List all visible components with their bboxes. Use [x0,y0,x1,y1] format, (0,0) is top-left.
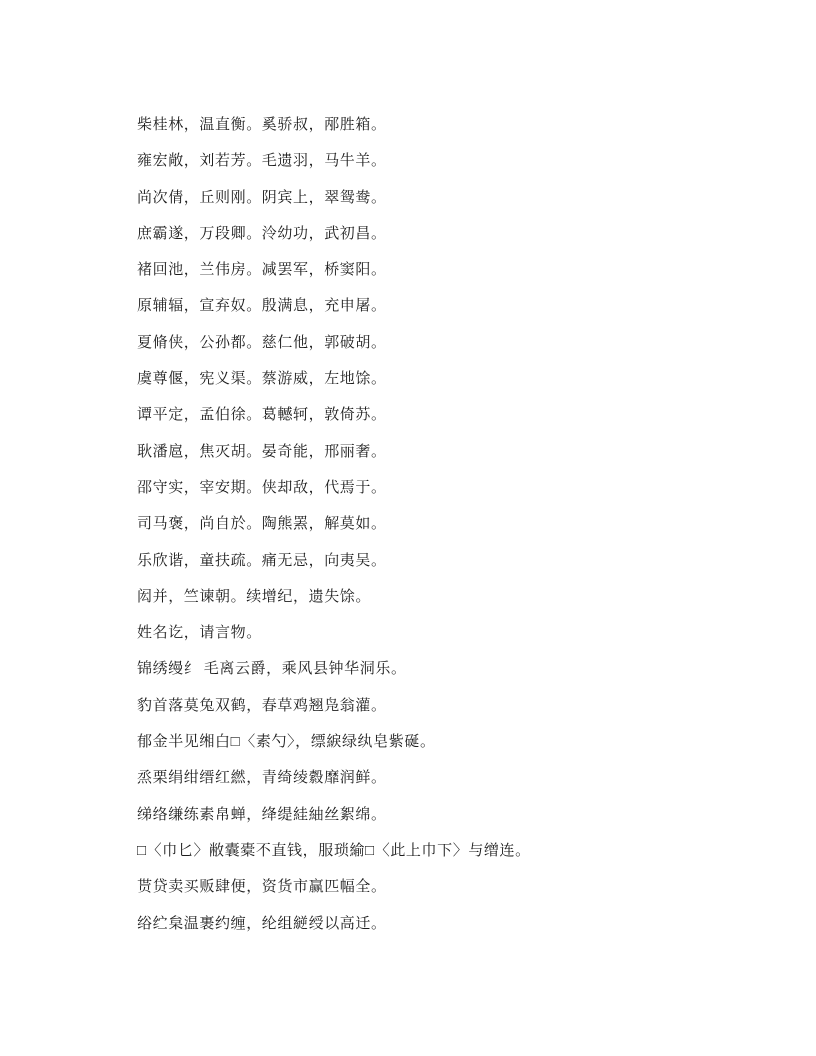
text-line: 绨络缣练素帛蝉，绛缇絓紬丝絮绵。 [137,797,756,833]
text-line: 烝栗绢绀缙红繎，青绮绫縠靡润鲜。 [137,760,756,796]
text-line: 司马褒，尚自於。陶熊罴，解莫如。 [137,506,756,542]
text-line: 柴桂林，温直衡。奚骄叔，邴胜箱。 [137,107,756,143]
text-line: 郁金半见缃白□〈素勺〉，缥綟绿纨皂紫硟。 [137,724,756,760]
text-line: 邵守实，宰安期。侠却敌，代焉于。 [137,470,756,506]
document-page: 柴桂林，温直衡。奚骄叔，邴胜箱。 雍宏敞，刘若芳。毛遗羽，马牛羊。 尚次倩，丘则… [0,0,816,1056]
text-line: 褚回池，兰伟房。减罢军，桥窦阳。 [137,252,756,288]
text-line: □〈巾匕〉敝囊橐不直钱，服琐緰□〈此上巾下〉与缯连。 [137,833,756,869]
text-line: 夏脩侠，公孙都。慈仁他，郭破胡。 [137,325,756,361]
text-block: 柴桂林，温直衡。奚骄叔，邴胜箱。 雍宏敞，刘若芳。毛遗羽，马牛羊。 尚次倩，丘则… [137,107,756,942]
text-line: 贳贷卖买贩肆便，资货市赢匹幅全。 [137,869,756,905]
text-line: 雍宏敞，刘若芳。毛遗羽，马牛羊。 [137,143,756,179]
text-line: 谭平定，孟伯徐。葛轗轲，敦倚苏。 [137,397,756,433]
text-line: 耿潘扈，焦灭胡。晏奇能，邢丽奢。 [137,434,756,470]
text-line: 庶霸遂，万段卿。泠幼功，武初昌。 [137,216,756,252]
text-line: 虞尊偃，宪义渠。蔡游威，左地馀。 [137,361,756,397]
text-line: 乐欣谐，童扶疏。痛无忌，向夷吴。 [137,543,756,579]
text-line: 绤纻枲温裹约缠，纶组縌绶以高迁。 [137,906,756,942]
text-line: 豹首落莫兔双鹤，春草鸡翘凫翁灌。 [137,688,756,724]
text-line: 锦绣缦纟 毛离云爵，乘风县钟华洞乐。 [137,651,756,687]
text-line: 闳并，竺谏朝。续增纪，遗失馀。 [137,579,756,615]
text-line: 姓名讫，请言物。 [137,615,756,651]
text-line: 尚次倩，丘则刚。阴宾上，翠鸳鸯。 [137,180,756,216]
text-line: 原辅辐，宣弃奴。殷满息，充申屠。 [137,288,756,324]
